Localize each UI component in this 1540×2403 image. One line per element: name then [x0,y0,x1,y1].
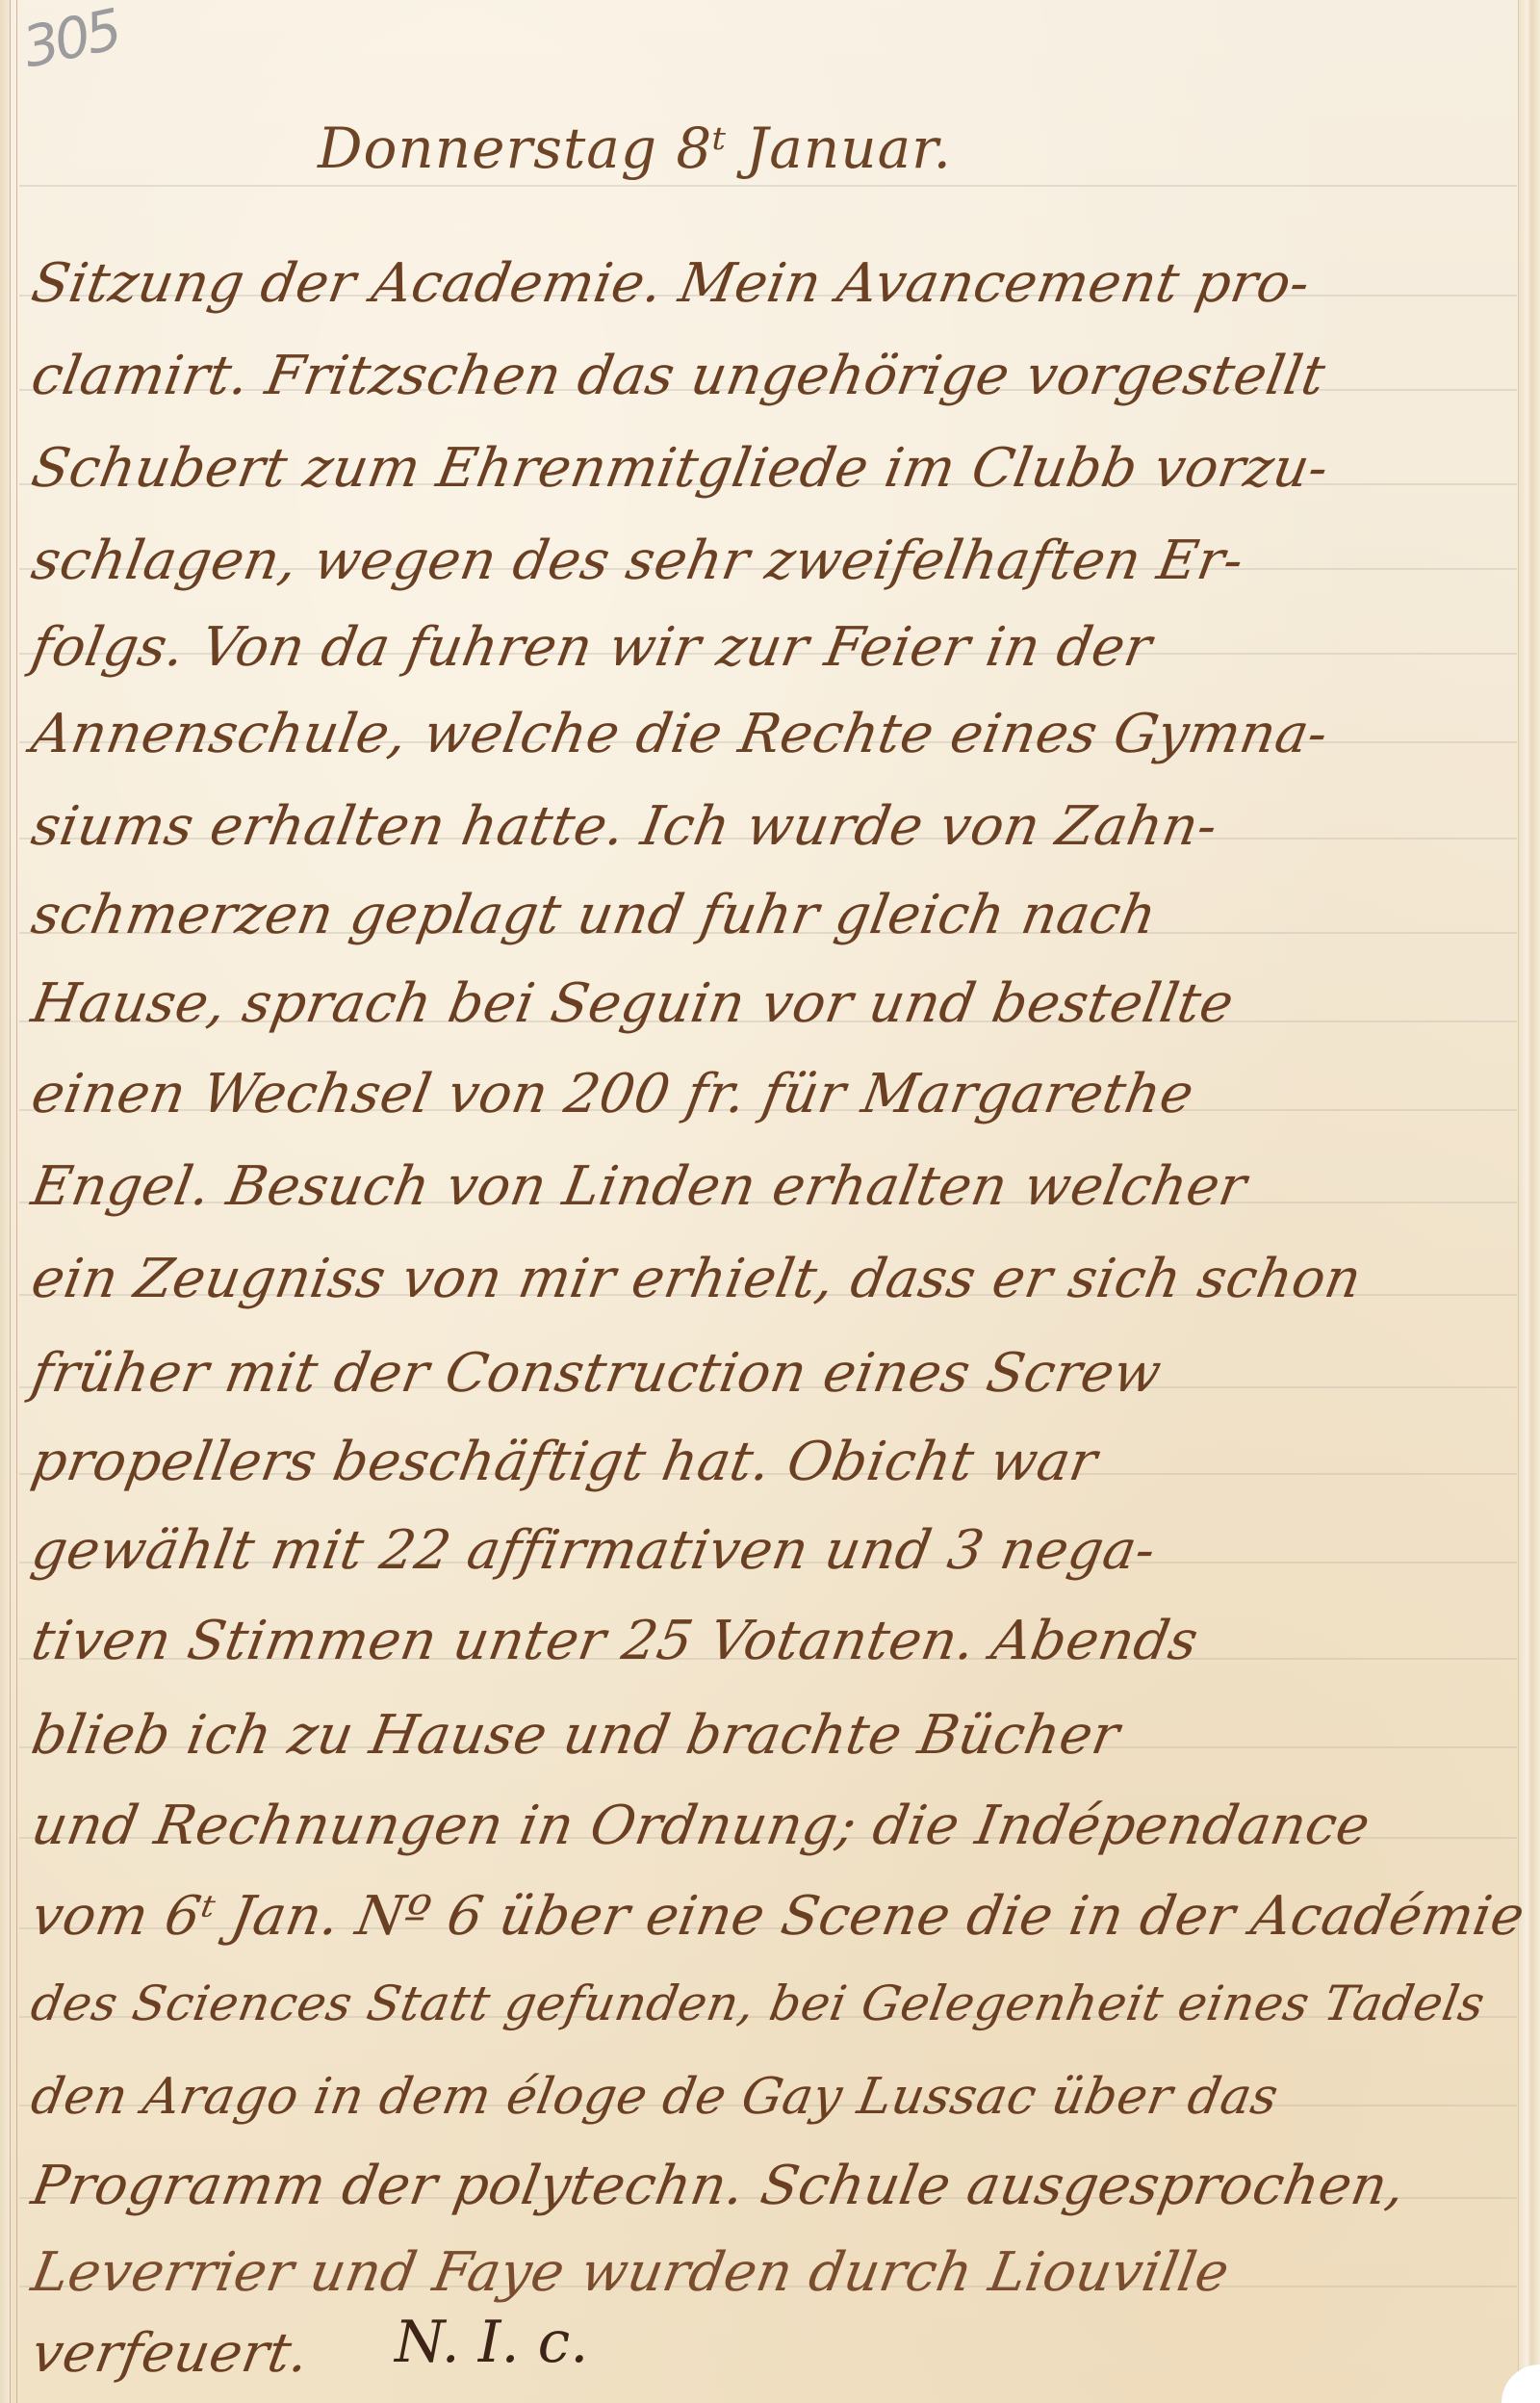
text-line: clamirt. Fritzschen das ungehörige vorge… [27,345,1330,407]
date-heading: Donnerstag 8ᵗ Januar. [318,116,952,181]
text-line: Schubert zum Ehrenmitgliede im Clubb vor… [27,437,1333,500]
text-line: und Rechnungen in Ordnung; die Indépenda… [27,1795,1374,1857]
page-corner [1501,2364,1540,2403]
margin-line [10,0,11,2403]
text-line: Engel. Besuch von Linden erhalten welche… [27,1155,1251,1218]
text-line: Hause, sprach bei Seguin vor und bestell… [27,972,1239,1035]
text-line: des Sciences Statt gefunden, bei Gelegen… [27,1976,1489,2031]
text-line: verfeuert. [27,2322,314,2385]
text-line: blieb ich zu Hause und brachte Bücher [27,1704,1124,1767]
text-line: vom 6ᵗ Jan. Nº 6 über eine Scene die in … [27,1885,1529,1948]
text-line: einen Wechsel von 200 fr. für Margarethe [27,1063,1198,1125]
text-line: gewählt mit 22 affirmativen und 3 nega- [27,1519,1161,1582]
text-line: Annenschule, welche die Rechte eines Gym… [27,703,1333,765]
signature-mark: N. I. c. [395,2309,588,2376]
text-line: schmerzen geplagt und fuhr gleich nach [27,884,1162,946]
text-line: ein Zeugniss von mir erhielt, dass er si… [27,1248,1366,1310]
text-line: früher mit der Construction eines Screw [27,1342,1167,1405]
text-line: den Arago in dem éloge de Gay Lussac übe… [27,2068,1283,2126]
ruled-line [19,185,1517,187]
folio-number: 305 [17,0,124,81]
manuscript-page: 305 Donnerstag 8ᵗ Januar. Sitzung der Ac… [0,0,1540,2403]
text-line: Programm der polytechn. Schule ausgespro… [27,2155,1410,2217]
margin-line [16,0,17,2403]
text-line: schlagen, wegen des sehr zweifelhaften E… [27,530,1248,592]
text-line: siums erhalten hatte. Ich wurde von Zahn… [27,795,1222,858]
page-edge [1518,0,1540,2403]
text-line: tiven Stimmen unter 25 Votanten. Abends [27,1610,1203,1672]
text-line: Leverrier und Faye wurden durch Liouvill… [27,2241,1234,2304]
text-line: Sitzung der Academie. Mein Avancement pr… [27,252,1315,315]
binding-edge [0,0,10,2403]
text-line: propellers beschäftigt hat. Obicht war [27,1431,1102,1493]
text-line: folgs. Von da fuhren wir zur Feier in de… [27,616,1157,679]
